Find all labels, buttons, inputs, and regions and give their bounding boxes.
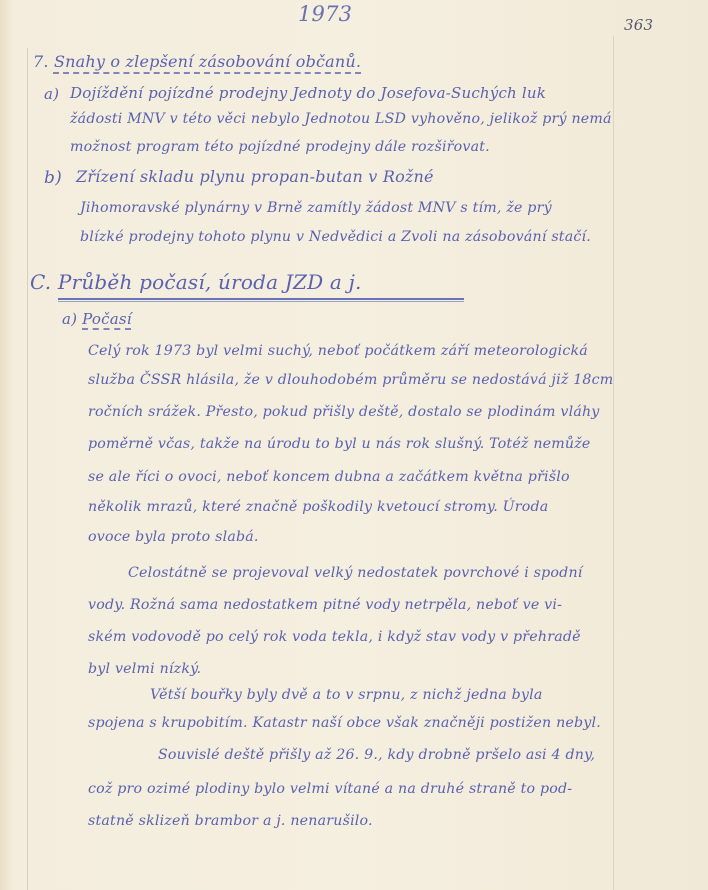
weather-p1-line-1: Celý rok 1973 byl velmi suchý, neboť poč…	[88, 343, 588, 359]
weather-p2-line-2: vody. Rožná sama nedostatkem pitné vody …	[88, 597, 562, 613]
section-7-title: Snahy o zlepšení zásobování občanů.	[54, 52, 361, 71]
weather-p1-line-4: poměrně včas, takže na úrodu to byl u ná…	[88, 436, 591, 452]
weather-p3-line-1: Větší bouřky byly dvě a to v srpnu, z ni…	[150, 687, 542, 703]
item-7a-line-2: žádosti MNV v této věci nebylo Jednotou …	[70, 111, 612, 127]
subsection-a-heading: a) Počasí	[62, 310, 132, 328]
weather-p2-line-3: ském vodovodě po celý rok voda tekla, i …	[88, 629, 581, 645]
item-7b-line-1: Zřízení skladu plynu propan-butan v Rožn…	[76, 167, 434, 186]
weather-p4-line-1: Souvislé deště přišly až 26. 9., kdy dro…	[158, 747, 595, 763]
weather-p1-line-2: služba ČSSR hlásila, že v dlouhodobém pr…	[88, 372, 613, 388]
year-heading: 1973	[298, 2, 352, 26]
item-7b-line-2: Jihomoravské plynárny v Brně zamítly žád…	[80, 200, 552, 216]
weather-p4-line-3: statně sklizeň brambor a j. nenarušilo.	[88, 813, 373, 829]
subsection-a-label: a)	[62, 310, 77, 328]
section-7-heading: 7. Snahy o zlepšení zásobování občanů.	[33, 52, 361, 71]
weather-p4-line-2: což pro ozimé plodiny bylo velmi vítané …	[88, 781, 572, 797]
weather-p1-line-3: ročních srážek. Přesto, pokud přišly deš…	[88, 404, 600, 420]
weather-p1-line-6: několik mrazů, které značně poškodily kv…	[88, 499, 548, 515]
weather-p1-line-7: ovoce byla proto slabá.	[88, 529, 259, 545]
left-margin-line	[27, 48, 28, 890]
item-7b-line-3: blízké prodejny tohoto plynu v Nedvědici…	[80, 229, 591, 245]
section-c-heading: C. Průběh počasí, úroda JZD a j.	[30, 270, 362, 294]
page-number: 363	[624, 16, 653, 34]
item-7b-label: b)	[44, 168, 62, 188]
weather-p1-line-5: se ale říci o ovoci, neboť koncem dubna …	[88, 469, 570, 485]
section-c-title: Průběh počasí, úroda JZD a j.	[58, 270, 362, 294]
section-c-underline	[58, 298, 464, 300]
weather-p2-line-4: byl velmi nízký.	[88, 661, 201, 677]
weather-p3-line-2: spojena s krupobitím. Katastr naší obce …	[88, 715, 601, 731]
section-c-letter: C.	[30, 270, 51, 294]
right-margin-line	[613, 36, 614, 890]
handwritten-chronicle-page: 1973 363 7. Snahy o zlepšení zásobování …	[0, 0, 708, 890]
item-7a-line-3: možnost program této pojízdné prodejny d…	[70, 139, 490, 155]
subsection-a-title: Počasí	[82, 310, 132, 328]
weather-p2-line-1: Celostátně se projevoval velký nedostate…	[128, 565, 583, 581]
item-7a-line-1: Dojíždění pojízdné prodejny Jednoty do J…	[70, 84, 546, 102]
section-7-number: 7.	[33, 52, 49, 71]
section-c-underline-2	[58, 301, 464, 302]
item-7a-label: a)	[44, 85, 59, 103]
